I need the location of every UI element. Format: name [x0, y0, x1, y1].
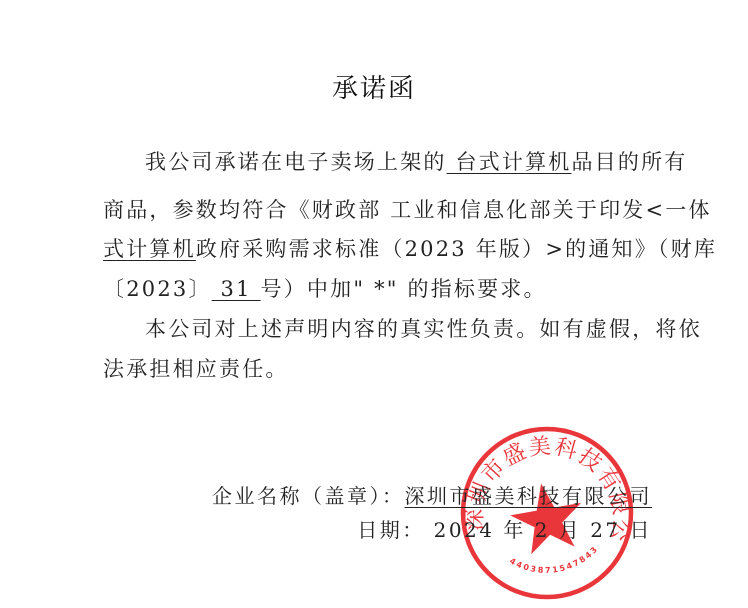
product-category-underlined: 台式计算机	[447, 150, 572, 174]
date-day: 27	[590, 518, 620, 542]
text-segment: 我公司承诺在电子卖场上架的	[145, 150, 447, 174]
paragraph-1-line-3: 式计算机政府采购需求标准（2023 年版）>的通知》（财库	[103, 233, 717, 263]
text-segment: 品目的所有	[571, 150, 687, 174]
text-segment: 〔2023〕	[103, 277, 212, 301]
company-signature-line: 企业名称（盖章）：深圳市盛美科技有限公司	[212, 480, 652, 509]
company-name: 深圳市盛美科技有限公司	[405, 484, 653, 508]
date-label: 日期：	[357, 518, 425, 542]
text-segment: 政府采购需求标准（2023 年版）>的通知》（财库	[196, 237, 717, 261]
product-type-underlined: 式计算机	[103, 237, 196, 261]
date-month-unit: 月	[559, 518, 582, 542]
paragraph-2-line-2: 法承担相应责任。	[103, 353, 289, 383]
document-title: 承诺函	[0, 68, 748, 105]
date-year: 2024	[434, 518, 495, 542]
paragraph-1-line-2: 商品，参数均符合《财政部 工业和信息化部关于印发<一体	[103, 194, 712, 224]
company-label: 企业名称（盖章）：	[212, 484, 405, 508]
svg-text:4403871547843: 4403871547843	[508, 544, 600, 575]
document-number-underlined: 31	[212, 277, 261, 301]
date-line: 日期： 2024 年 2 月 27 日	[357, 514, 652, 543]
document-page: 承诺函 我公司承诺在电子卖场上架的 台式计算机品目的所有 商品，参数均符合《财政…	[0, 0, 748, 608]
paragraph-1-line-1: 我公司承诺在电子卖场上架的 台式计算机品目的所有	[145, 146, 687, 176]
text-segment: 号）中加" *" 的指标要求。	[261, 277, 547, 301]
date-month: 2	[535, 518, 550, 542]
paragraph-2-line-1: 本公司对上述声明内容的真实性负责。如有虚假，将依	[145, 313, 702, 343]
date-day-unit: 日	[630, 518, 653, 542]
paragraph-1-line-4: 〔2023〕 31 号）中加" *" 的指标要求。	[103, 273, 547, 303]
date-year-unit: 年	[503, 518, 526, 542]
